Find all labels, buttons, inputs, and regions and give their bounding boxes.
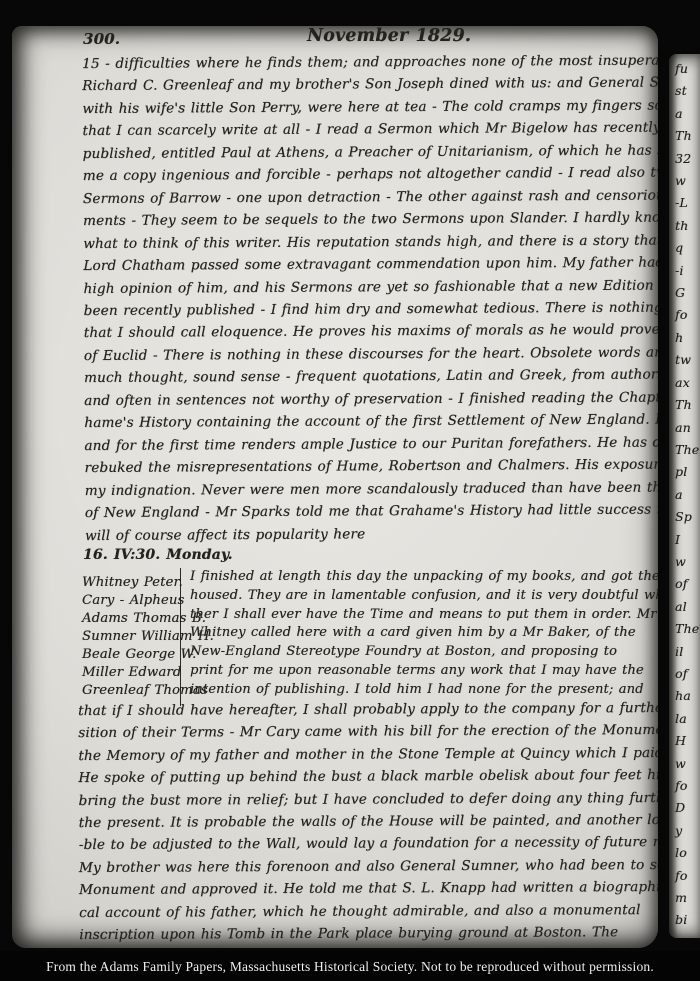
manuscript-line: sition of their Terms - Mr Cary came wit… xyxy=(78,719,652,744)
adjacent-page-fragment: 32 xyxy=(669,148,700,170)
manuscript-line: Lord Chatham passed some extravagant com… xyxy=(83,252,651,278)
adjacent-page-fragment: pl xyxy=(669,461,700,483)
adjacent-page-fragment: fu xyxy=(669,58,700,80)
caption-bar: From the Adams Family Papers, Massachuse… xyxy=(0,951,700,981)
manuscript-photo: 300. November 1829. 15 - difficulties wh… xyxy=(0,0,700,981)
adjacent-page-fragment: la xyxy=(669,708,700,730)
manuscript-line: New-England Stereotype Foundry at Boston… xyxy=(190,643,658,662)
adjacent-page-fragment: fo xyxy=(669,775,700,797)
manuscript-line: I finished at length this day the unpack… xyxy=(190,568,658,587)
manuscript-page: 300. November 1829. 15 - difficulties wh… xyxy=(12,26,658,948)
diary-entry-nov16-column-text: I finished at length this day the unpack… xyxy=(181,568,658,700)
adjacent-page-fragment: il xyxy=(669,641,700,663)
manuscript-line: cal account of his father, which he thou… xyxy=(79,899,653,924)
manuscript-line: me a copy ingenious and forcible - perha… xyxy=(83,162,651,188)
manuscript-line: ther I shall ever have the Time and mean… xyxy=(190,606,658,625)
adjacent-page-fragment: w xyxy=(669,551,700,573)
manuscript-line: He spoke of putting up behind the bust a… xyxy=(78,764,652,789)
manuscript-line: will of course affect its popularity her… xyxy=(85,521,653,547)
month-header: November 1829. xyxy=(12,26,658,46)
manuscript-line: that I can scarcely write at all - I rea… xyxy=(82,117,650,143)
diary-date-line: 16. IV:30. Monday. xyxy=(83,547,233,563)
visitor-name: Beale George W. xyxy=(82,646,178,664)
adjacent-page-fragment: fo xyxy=(669,304,700,326)
adjacent-page-fragment: w xyxy=(669,753,700,775)
adjacent-page-fragment: bi xyxy=(669,909,700,931)
diary-entry-nov16-columns: Whitney Peter.Cary - AlpheusAdams Thomas… xyxy=(82,568,650,706)
adjacent-page-fragment: an xyxy=(669,417,700,439)
diary-entry-nov16-continued: that if I should have hereafter, I shall… xyxy=(78,697,653,946)
manuscript-line: inscription upon his Tomb in the Park pl… xyxy=(79,921,653,946)
adjacent-page-fragment: lo xyxy=(669,842,700,864)
adjacent-page-fragment: al xyxy=(669,596,700,618)
manuscript-line: Whitney called here with a card given hi… xyxy=(190,624,658,643)
archive-caption: From the Adams Family Papers, Massachuse… xyxy=(0,959,700,975)
adjacent-page-fragment: of xyxy=(669,573,700,595)
adjacent-page-fragment: y xyxy=(669,820,700,842)
manuscript-line: housed. They are in lamentable confusion… xyxy=(190,587,658,606)
adjacent-page-fragment: m xyxy=(669,887,700,909)
adjacent-page-fragment: of xyxy=(669,663,700,685)
adjacent-page-fragment: h xyxy=(669,327,700,349)
adjacent-page-fragment: I xyxy=(669,529,700,551)
adjacent-page-fragment: D xyxy=(669,797,700,819)
diary-entry-nov15: 15 - difficulties where he finds them; a… xyxy=(82,50,653,547)
visitor-name: Greenleaf Thomas xyxy=(82,682,178,700)
adjacent-page-fragment: q xyxy=(669,237,700,259)
adjacent-page-fragment: G xyxy=(669,282,700,304)
adjacent-page-fragment: -L xyxy=(669,192,700,214)
adjacent-page-fragment: H xyxy=(669,730,700,752)
manuscript-line: -ble to be adjusted to the Wall, would l… xyxy=(79,831,653,856)
manuscript-line: ments - They seem to be sequels to the t… xyxy=(83,207,651,233)
manuscript-line: bring the bust more in relief; but I hav… xyxy=(78,787,652,812)
adjacent-page-fragment: Th xyxy=(669,394,700,416)
manuscript-line: hame's History containing the account of… xyxy=(84,409,652,435)
manuscript-line: rebuked the misrepresentations of Hume, … xyxy=(84,454,652,480)
adjacent-page-fragment: The xyxy=(669,439,700,461)
manuscript-line: that if I should have hereafter, I shall… xyxy=(78,697,652,722)
visitor-name: Adams Thomas B. xyxy=(82,610,178,628)
adjacent-page-fragment: fo xyxy=(669,865,700,887)
visitor-name-list: Whitney Peter.Cary - AlpheusAdams Thomas… xyxy=(82,568,181,706)
manuscript-line: the Memory of my father and mother in th… xyxy=(78,742,652,767)
adjacent-page-fragment: tw xyxy=(669,349,700,371)
manuscript-line: Monument and approved it. He told me tha… xyxy=(79,876,653,901)
adjacent-page-fragment: ax xyxy=(669,372,700,394)
visitor-name: Sumner William H. xyxy=(82,628,178,646)
adjacent-page-fragment: -i xyxy=(669,260,700,282)
manuscript-line: My brother was here this forenoon and al… xyxy=(79,854,653,879)
adjacent-page-fragment: st xyxy=(669,80,700,102)
visitor-name: Whitney Peter. xyxy=(82,574,178,592)
adjacent-page-fragment: ha xyxy=(669,685,700,707)
manuscript-line: the present. It is probable the walls of… xyxy=(79,809,653,834)
manuscript-line: of New England - Mr Sparks told me that … xyxy=(85,499,653,525)
manuscript-line: Richard C. Greenleaf and my brother's So… xyxy=(82,72,650,98)
adjacent-page-fragment: a xyxy=(669,484,700,506)
visitor-name: Cary - Alpheus xyxy=(82,592,178,610)
manuscript-line: print for me upon reasonable terms any w… xyxy=(190,662,658,681)
adjacent-page-fragment: th xyxy=(669,215,700,237)
manuscript-line: much thought, sound sense - frequent quo… xyxy=(84,364,652,390)
adjacent-page-fragment: th xyxy=(669,932,700,938)
adjacent-page-edge: fustaTh32w-Lthq-iGfohtwaxThanTheplaSpIwo… xyxy=(669,54,700,938)
adjacent-page-fragment: The xyxy=(669,618,700,640)
adjacent-page-fragment: a xyxy=(669,103,700,125)
adjacent-page-fragment: Th xyxy=(669,125,700,147)
manuscript-line: that I should call eloquence. He proves … xyxy=(84,319,652,345)
visitor-name: Miller Edward xyxy=(82,664,178,682)
adjacent-page-fragment: Sp xyxy=(669,506,700,528)
adjacent-page-fragment: w xyxy=(669,170,700,192)
